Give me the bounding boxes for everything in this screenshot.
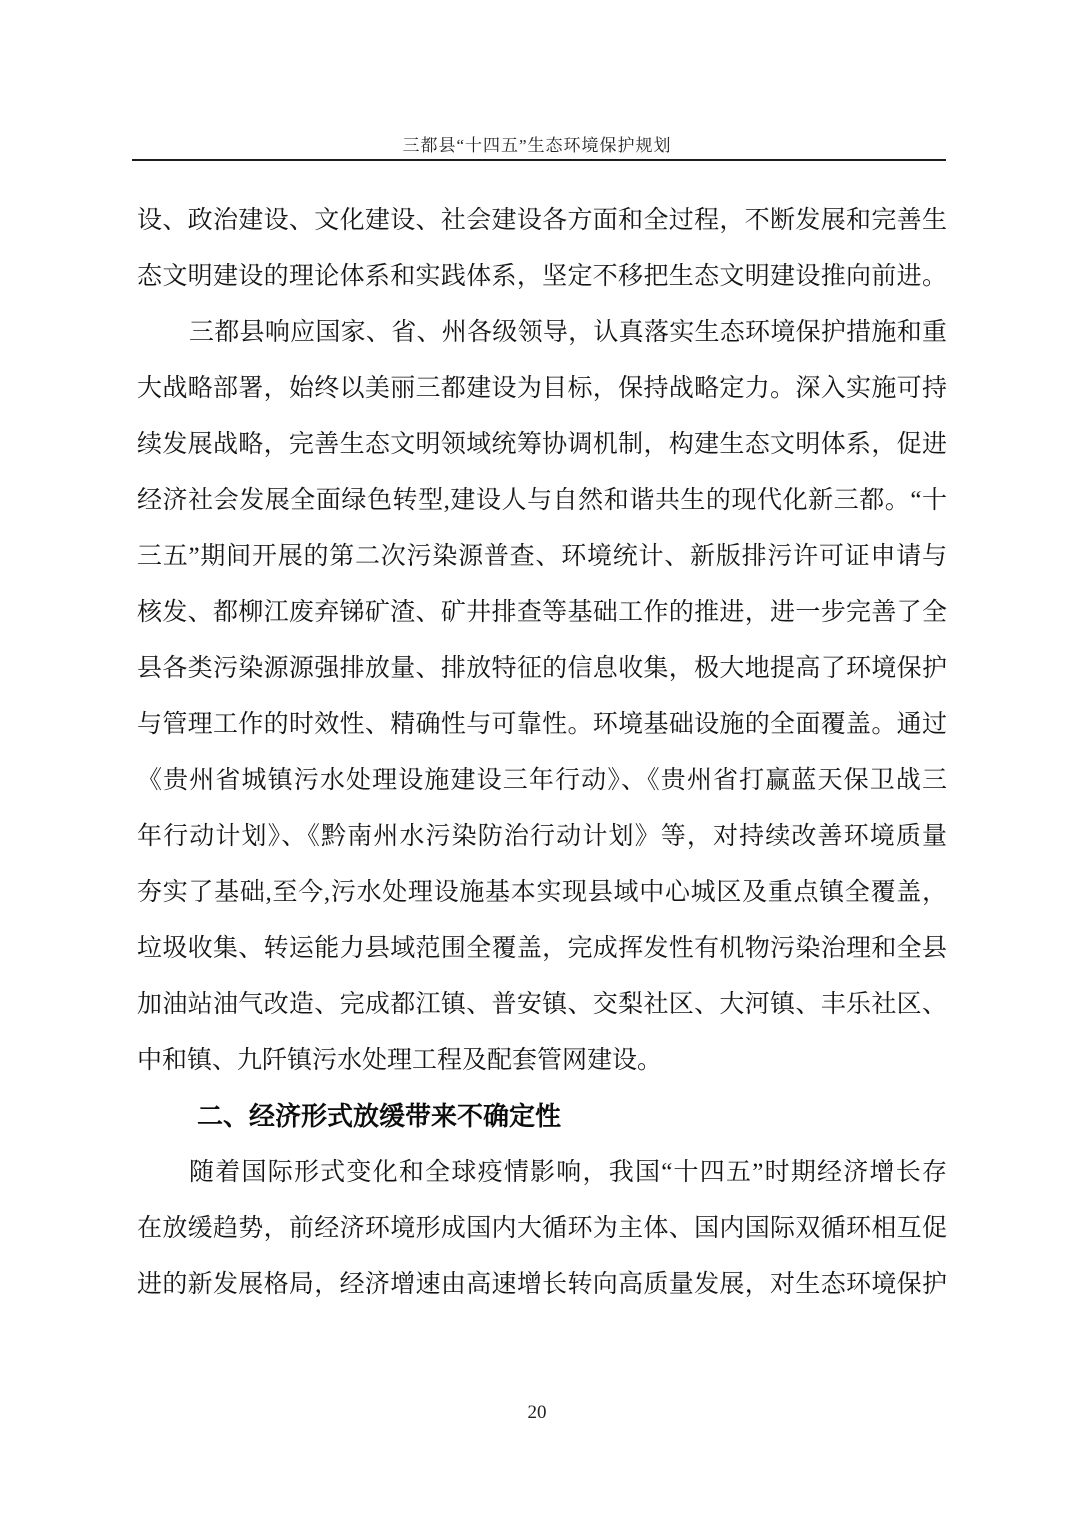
- text-line: 核发、都柳江废弃锑矿渣、矿井排查等基础工作的推进，进一步完善了全: [137, 585, 947, 641]
- text-line: 进的新发展格局，经济增速由高速增长转向高质量发展，对生态环境保护: [137, 1257, 947, 1313]
- text-line: 县各类污染源源强排放量、排放特征的信息收集，极大地提高了环境保护: [137, 641, 947, 697]
- text-line: 态文明建设的理论体系和实践体系，坚定不移把生态文明建设推向前进。: [137, 249, 947, 305]
- text-line: 三五”期间开展的第二次污染源普查、环境统计、新版排污许可证申请与: [137, 529, 947, 585]
- page-number: 20: [0, 1402, 1074, 1424]
- text-line: 三都县响应国家、省、州各级领导，认真落实生态环境保护措施和重: [137, 305, 947, 361]
- text-line: 续发展战略，完善生态文明领域统筹协调机制，构建生态文明体系，促进: [137, 417, 947, 473]
- text-line: 设、政治建设、文化建设、社会建设各方面和全过程，不断发展和完善生: [137, 193, 947, 249]
- section-heading: 二、经济形式放缓带来不确定性: [137, 1089, 947, 1145]
- document-page: 三都县“十四五”生态环境保护规划 设、政治建设、文化建设、社会建设各方面和全过程…: [0, 0, 1074, 1520]
- text-line: 夯实了基础,至今,污水处理设施基本实现县域中心城区及重点镇全覆盖，: [137, 865, 947, 921]
- text-line: 经济社会发展全面绿色转型,建设人与自然和谐共生的现代化新三都。“十: [137, 473, 947, 529]
- text-line: 年行动计划》、《黔南州水污染防治行动计划》等，对持续改善环境质量: [137, 809, 947, 865]
- document-body: 设、政治建设、文化建设、社会建设各方面和全过程，不断发展和完善生态文明建设的理论…: [137, 193, 947, 1313]
- text-line: 在放缓趋势，前经济环境形成国内大循环为主体、国内国际双循环相互促: [137, 1201, 947, 1257]
- text-line: 中和镇、九阡镇污水处理工程及配套管网建设。: [137, 1033, 947, 1089]
- page-header-title: 三都县“十四五”生态环境保护规划: [0, 131, 1074, 156]
- text-line: 垃圾收集、转运能力县域范围全覆盖，完成挥发性有机物污染治理和全县: [137, 921, 947, 977]
- text-line: 《贵州省城镇污水处理设施建设三年行动》、《贵州省打赢蓝天保卫战三: [137, 753, 947, 809]
- text-line: 大战略部署，始终以美丽三都建设为目标，保持战略定力。深入实施可持: [137, 361, 947, 417]
- header-rule-divider: [132, 159, 946, 161]
- text-line: 随着国际形式变化和全球疫情影响，我国“十四五”时期经济增长存: [137, 1145, 947, 1201]
- text-line: 加油站油气改造、完成都江镇、普安镇、交梨社区、大河镇、丰乐社区、: [137, 977, 947, 1033]
- text-line: 与管理工作的时效性、精确性与可靠性。环境基础设施的全面覆盖。通过: [137, 697, 947, 753]
